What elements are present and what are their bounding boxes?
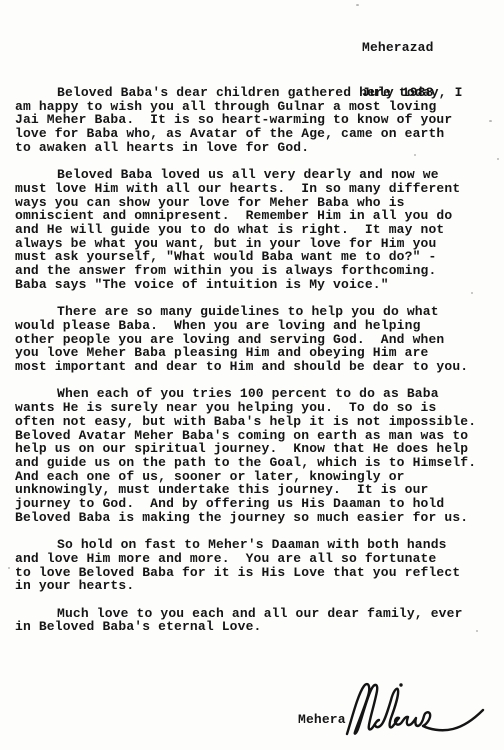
letter-page: Meherazad July 1988 Beloved Baba's dear …	[0, 0, 504, 750]
paragraph-3: There are so many guidelines to help you…	[15, 305, 491, 374]
typed-signature-name: Mehera	[298, 713, 346, 727]
handwritten-signature-icon	[341, 680, 489, 742]
place-line: Meherazad	[362, 40, 434, 55]
scan-speck	[471, 292, 473, 294]
scan-speck	[8, 567, 10, 569]
letter-body: Beloved Baba's dear children gathered he…	[15, 86, 491, 648]
paragraph-4: When each of you tries 100 percent to do…	[15, 387, 491, 524]
scan-speck	[489, 120, 492, 122]
paragraph-6: Much love to you each and all our dear f…	[15, 607, 491, 634]
paragraph-1: Beloved Baba's dear children gathered he…	[15, 86, 491, 155]
paragraph-5: So hold on fast to Meher's Daaman with b…	[15, 538, 491, 593]
paragraph-2: Beloved Baba loved us all very dearly an…	[15, 168, 491, 291]
scan-speck	[497, 158, 499, 160]
scan-speck	[476, 630, 478, 632]
scan-speck	[356, 4, 359, 6]
scan-speck	[414, 154, 416, 156]
